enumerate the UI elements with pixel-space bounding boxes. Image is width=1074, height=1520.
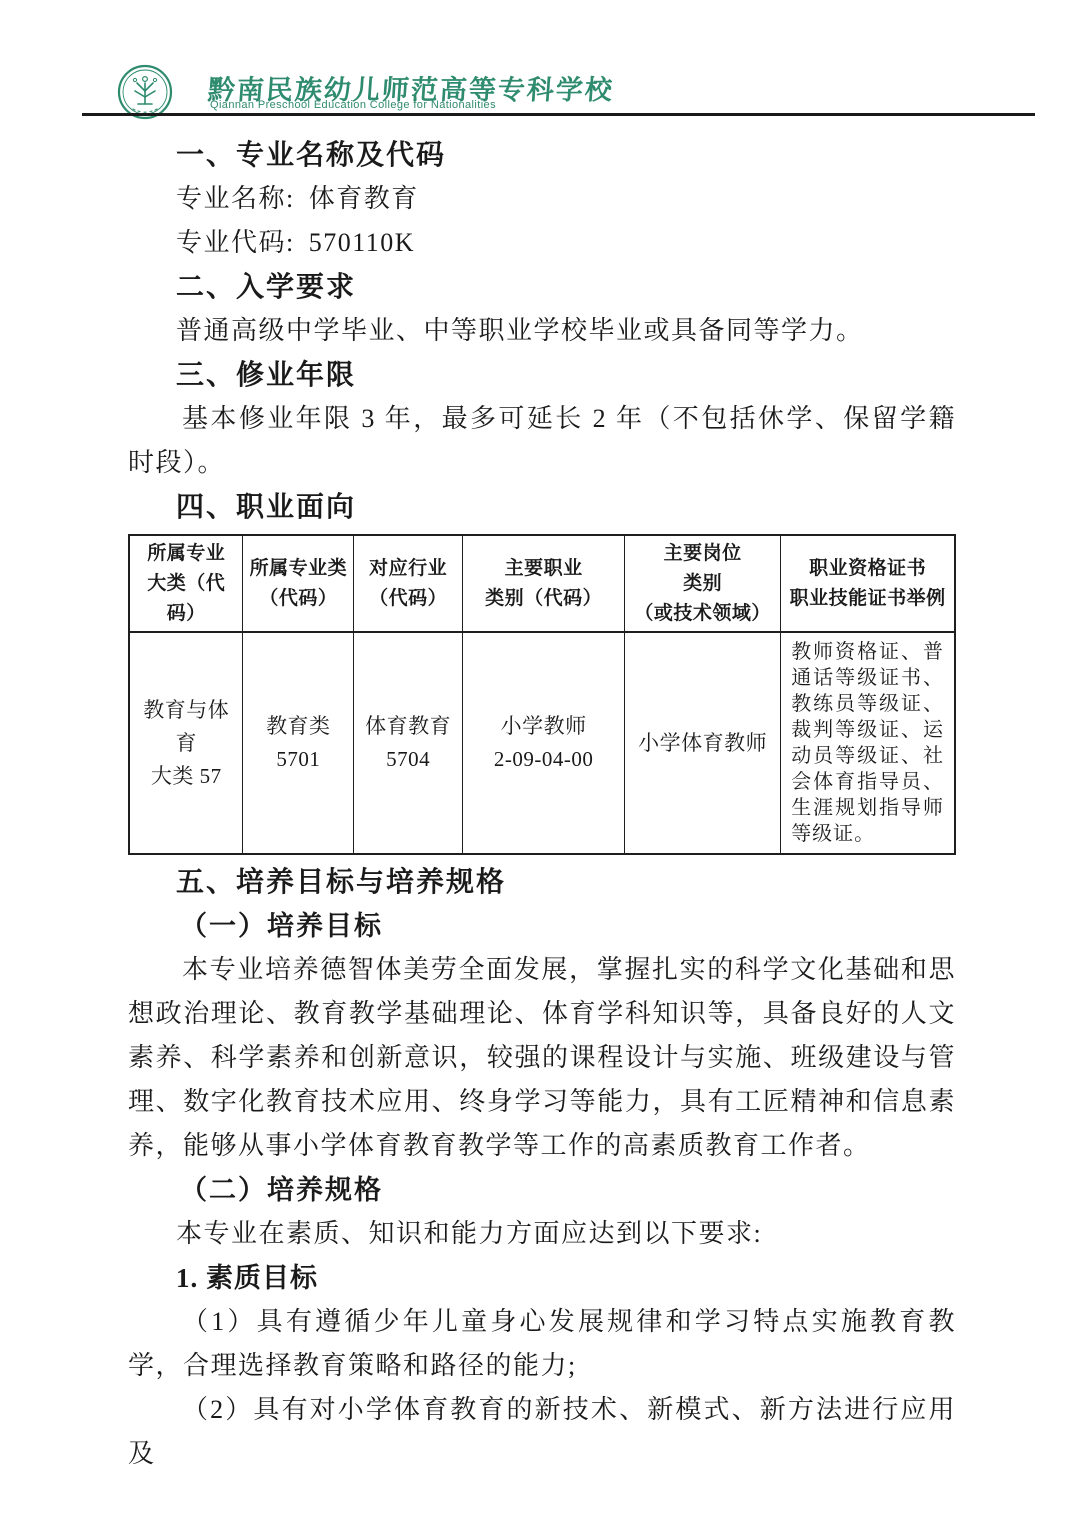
section-1-heading: 一、专业名称及代码 [128,133,956,177]
table-cell-industry: 体育教育 5704 [354,632,463,854]
study-duration-text: 基本修业年限 3 年，最多可延长 2 年（不包括休学、保留学籍时段）。 [128,397,956,485]
table-cell-major-class: 教育类 5701 [243,632,354,854]
subsection-2-heading: （二）培养规格 [128,1168,956,1212]
school-seal-icon [117,64,173,120]
table-header-row: 所属专业 大类（代码） 所属专业类 （代码） 对应行业 （代码） 主要职业 类别… [129,535,955,632]
career-orientation-table: 所属专业 大类（代码） 所属专业类 （代码） 对应行业 （代码） 主要职业 类别… [128,534,956,855]
header-divider [82,113,1035,116]
school-name-english: Qiannan Preschool Education College for … [210,99,496,111]
quality-goal-item-1: （1）具有遵循少年儿童身心发展规律和学习特点实施教育教学，合理选择教育策略和路径… [128,1300,956,1388]
document-page: 黔南民族幼儿师范高等专科学校 Qiannan Preschool Educati… [0,0,1074,1520]
subsection-1-heading: （一）培养目标 [128,904,956,948]
table-header-major-class: 所属专业类 （代码） [243,535,354,632]
major-name-line: 专业名称:体育教育 [128,177,956,221]
table-header-occupation: 主要职业 类别（代码） [463,535,625,632]
major-code-line: 专业代码:570110K [128,221,956,265]
table-cell-occupation: 小学教师 2-09-04-00 [463,632,625,854]
section-5-heading: 五、培养目标与培养规格 [128,860,956,904]
section-3-heading: 三、修业年限 [128,353,956,397]
table-header-industry: 对应行业 （代码） [354,535,463,632]
table-header-post: 主要岗位 类别 （或技术领域） [625,535,781,632]
entrance-requirement-text: 普通高级中学毕业、中等职业学校毕业或具备同等学力。 [128,309,956,353]
table-cell-certificates: 教师资格证、普通话等级证书、教练员等级证、裁判等级证、运动员等级证、社会体育指导… [781,632,955,854]
section-2-heading: 二、入学要求 [128,265,956,309]
section-4-heading: 四、职业面向 [128,485,956,529]
major-code-label: 专业代码: [176,228,295,257]
major-name-value: 体育教育 [309,184,419,213]
training-objective-paragraph: 本专业培养德智体美劳全面发展，掌握扎实的科学文化基础和思想政治理论、教育教学基础… [128,948,956,1168]
training-spec-intro: 本专业在素质、知识和能力方面应达到以下要求: [128,1212,956,1256]
table-header-certificates: 职业资格证书 职业技能证书举例 [781,535,955,632]
major-code-value: 570110K [309,228,415,257]
major-name-label: 专业名称: [176,184,295,213]
table-row: 教育与体育 大类 57 教育类 5701 体育教育 5704 小学教师 2-09… [129,632,955,854]
table-header-major-category: 所属专业 大类（代码） [129,535,243,632]
quality-goal-heading: 1. 素质目标 [128,1256,956,1300]
quality-goal-item-2: （2）具有对小学体育教育的新技术、新模式、新方法进行应用及 [128,1388,956,1476]
table-cell-major-category: 教育与体育 大类 57 [129,632,243,854]
table-cell-post: 小学体育教师 [625,632,781,854]
document-body: 一、专业名称及代码 专业名称:体育教育 专业代码:570110K 二、入学要求 … [128,133,956,1476]
